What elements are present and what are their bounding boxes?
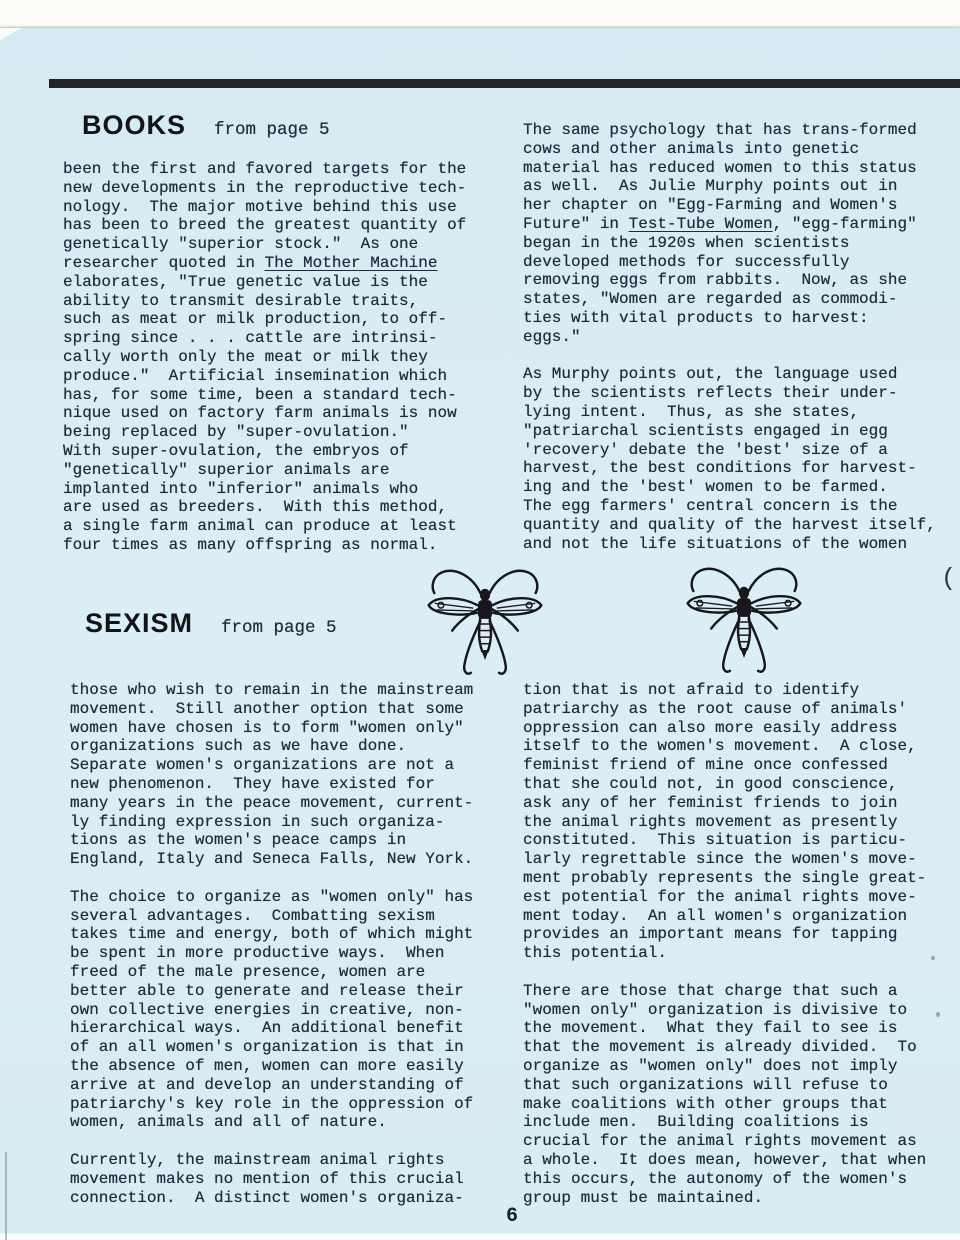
text-line: by the scientists reflects their under- — [523, 384, 948, 403]
page-number: 6 — [506, 1205, 518, 1228]
text-line: states, "Women are regarded as commodi- — [523, 290, 948, 309]
text-line: England, Italy and Seneca Falls, New Yor… — [70, 850, 490, 869]
text-line: developed methods for successfully — [523, 253, 948, 272]
sexism-right-column: tion that is not afraid to identifypatri… — [523, 681, 948, 1207]
text-line: that the movement is already divided. To — [523, 1038, 948, 1057]
text-line: new developments in the reproductive tec… — [63, 179, 483, 198]
text-line: produce." Artificial insemination which — [63, 367, 483, 386]
text-line — [523, 347, 948, 366]
text-line: include men. Building coalitions is — [523, 1113, 948, 1132]
text-line: has, for some time, been a standard tech… — [63, 386, 483, 405]
text-line: movement makes no mention of this crucia… — [70, 1170, 490, 1189]
text-line: genetically "superior stock." As one — [63, 235, 483, 254]
text-line — [523, 963, 948, 982]
text-line: be spent in more productive ways. When — [70, 944, 490, 963]
text-line: tions as the women's peace camps in — [70, 831, 490, 850]
text-line: make coalitions with other groups that — [523, 1095, 948, 1114]
text-line: organize as "women only" does not imply — [523, 1057, 948, 1076]
stray-paren-mark: ( — [941, 564, 956, 593]
text-line: est potential for the animal rights move… — [523, 888, 948, 907]
text-line: own collective energies in creative, non… — [70, 1001, 490, 1020]
text-line: several advantages. Combatting sexism — [70, 907, 490, 926]
text-line: takes time and energy, both of which mig… — [70, 925, 490, 944]
text-line: removing eggs from rabbits. Now, as she — [523, 271, 948, 290]
books-section-header: BOOKSfrom page 5 — [82, 110, 330, 141]
text-line: Currently, the mainstream animal rights — [70, 1151, 490, 1170]
text-line: such as meat or milk production, to off- — [63, 310, 483, 329]
text-line: There are those that charge that such a — [523, 982, 948, 1001]
text-line: "genetically" superior animals are — [63, 461, 483, 480]
text-line: larly regrettable since the women's move… — [523, 850, 948, 869]
text-line: ly finding expression in such organiza- — [70, 813, 490, 832]
text-line: quantity and quality of the harvest itse… — [523, 516, 948, 535]
text-line: ing and the 'best' women to be farmed. — [523, 478, 948, 497]
text-line — [70, 1132, 490, 1151]
newsletter-page: BOOKSfrom page 5 been the first and favo… — [0, 0, 960, 1240]
text-line: freed of the male presence, women are — [70, 963, 490, 982]
text-line: are used as breeders. With this method, — [63, 498, 483, 517]
scan-edge-artifact — [5, 1152, 7, 1240]
text-line: been the first and favored targets for t… — [63, 160, 483, 179]
text-line: those who wish to remain in the mainstre… — [70, 681, 490, 700]
text-line — [70, 869, 490, 888]
text-line: arrive at and develop an understanding o… — [70, 1076, 490, 1095]
text-line: oppression can also more easily address — [523, 719, 948, 738]
text-line: the animal rights movement as presently — [523, 813, 948, 832]
text-line: itself to the women's movement. A close, — [523, 737, 948, 756]
text-line: Separate women's organizations are not a — [70, 756, 490, 775]
text-line: the movement. What they fail to see is — [523, 1019, 948, 1038]
text-line: has been to breed the greatest quantity … — [63, 216, 483, 235]
text-line: patriarchy as the root cause of animals' — [523, 700, 948, 719]
insect-icon — [424, 558, 546, 690]
text-line: connection. A distinct women's organiza- — [70, 1189, 490, 1208]
text-line: researcher quoted in The Mother Machine — [63, 254, 483, 273]
text-line: Future" in Test-Tube Women, "egg-farming… — [523, 215, 948, 234]
text-line: better able to generate and release thei… — [70, 982, 490, 1001]
text-line: being replaced by "super-ovulation." — [63, 423, 483, 442]
text-line: this occurs, the autonomy of the women's — [523, 1170, 948, 1189]
sexism-continuation-note: from page 5 — [221, 618, 337, 638]
text-line: group must be maintained. — [523, 1189, 948, 1208]
text-line: ment probably represents the single grea… — [523, 869, 948, 888]
text-line: a whole. It does mean, however, that whe… — [523, 1151, 948, 1170]
text-line: cally worth only the meat or milk they — [63, 348, 483, 367]
text-line: a single farm animal can produce at leas… — [63, 517, 483, 536]
text-line: eggs." — [523, 328, 948, 347]
scan-corner-curl — [0, 28, 22, 40]
text-line: constituted. This situation is particu- — [523, 831, 948, 850]
sexism-left-column: those who wish to remain in the mainstre… — [70, 681, 490, 1207]
text-line: as well. As Julie Murphy points out in — [523, 177, 948, 196]
text-line: that she could not, in good conscience, — [523, 775, 948, 794]
books-right-column: The same psychology that has trans-forme… — [523, 121, 948, 553]
top-divider-rule — [49, 79, 960, 88]
text-line: spring since . . . cattle are intrinsi- — [63, 329, 483, 348]
text-line: patriarchy's key role in the oppression … — [70, 1095, 490, 1114]
text-line: ability to transmit desirable traits, — [63, 292, 483, 311]
text-line: movement. Still another option that some — [70, 700, 490, 719]
text-line: 'recovery' debate the 'best' size of a — [523, 441, 948, 460]
text-line: nology. The major motive behind this use — [63, 198, 483, 217]
text-line: that such organizations will refuse to — [523, 1076, 948, 1095]
text-line: The same psychology that has trans-forme… — [523, 121, 948, 140]
text-line: the absence of men, women can more easil… — [70, 1057, 490, 1076]
text-line: The choice to organize as "women only" h… — [70, 888, 490, 907]
text-line: With super-ovulation, the embryos of — [63, 442, 483, 461]
text-line: ask any of her feminist friends to join — [523, 794, 948, 813]
text-line: hierarchical ways. An additional benefit — [70, 1019, 490, 1038]
text-line: nique used on factory farm animals is no… — [63, 404, 483, 423]
text-line: women, animals and all of nature. — [70, 1113, 490, 1132]
text-line: many years in the peace movement, curren… — [70, 794, 490, 813]
text-line: began in the 1920s when scientists — [523, 234, 948, 253]
text-line: tion that is not afraid to identify — [523, 681, 948, 700]
books-section-title: BOOKS — [82, 110, 186, 140]
text-line: "women only" organization is divisive to — [523, 1001, 948, 1020]
text-line: new phenomenon. They have existed for — [70, 775, 490, 794]
text-line: four times as many offspring as normal. — [63, 536, 483, 555]
text-line: As Murphy points out, the language used — [523, 365, 948, 384]
text-line: this potential. — [523, 944, 948, 963]
scan-speck — [931, 956, 935, 960]
text-line: ties with vital products to harvest: — [523, 309, 948, 328]
text-line: material has reduced women to this statu… — [523, 159, 948, 178]
books-left-column: been the first and favored targets for t… — [63, 160, 483, 555]
sexism-section-header: SEXISMfrom page 5 — [85, 608, 337, 639]
text-line: her chapter on "Egg-Farming and Women's — [523, 196, 948, 215]
text-line: The egg farmers' central concern is the — [523, 497, 948, 516]
text-line: cows and other animals into genetic — [523, 140, 948, 159]
books-continuation-note: from page 5 — [214, 120, 330, 140]
text-line: implanted into "inferior" animals who — [63, 480, 483, 499]
text-line: feminist friend of mine once confessed — [523, 756, 948, 775]
text-line: provides an important means for tapping — [523, 925, 948, 944]
scan-speck — [936, 1012, 940, 1017]
text-line: elaborates, "True genetic value is the — [63, 273, 483, 292]
text-line: women have chosen is to form "women only… — [70, 719, 490, 738]
insect-icon — [683, 556, 805, 688]
sexism-section-title: SEXISM — [85, 608, 193, 638]
text-line: "patriarchal scientists engaged in egg — [523, 422, 948, 441]
text-line: and not the life situations of the women — [523, 535, 948, 554]
text-line: harvest, the best conditions for harvest… — [523, 459, 948, 478]
text-line: of an all women's organization is that i… — [70, 1038, 490, 1057]
text-line: ment today. An all women's organization — [523, 907, 948, 926]
text-line: crucial for the animal rights movement a… — [523, 1132, 948, 1151]
text-line: organizations such as we have done. — [70, 737, 490, 756]
text-line: lying intent. Thus, as she states, — [523, 403, 948, 422]
